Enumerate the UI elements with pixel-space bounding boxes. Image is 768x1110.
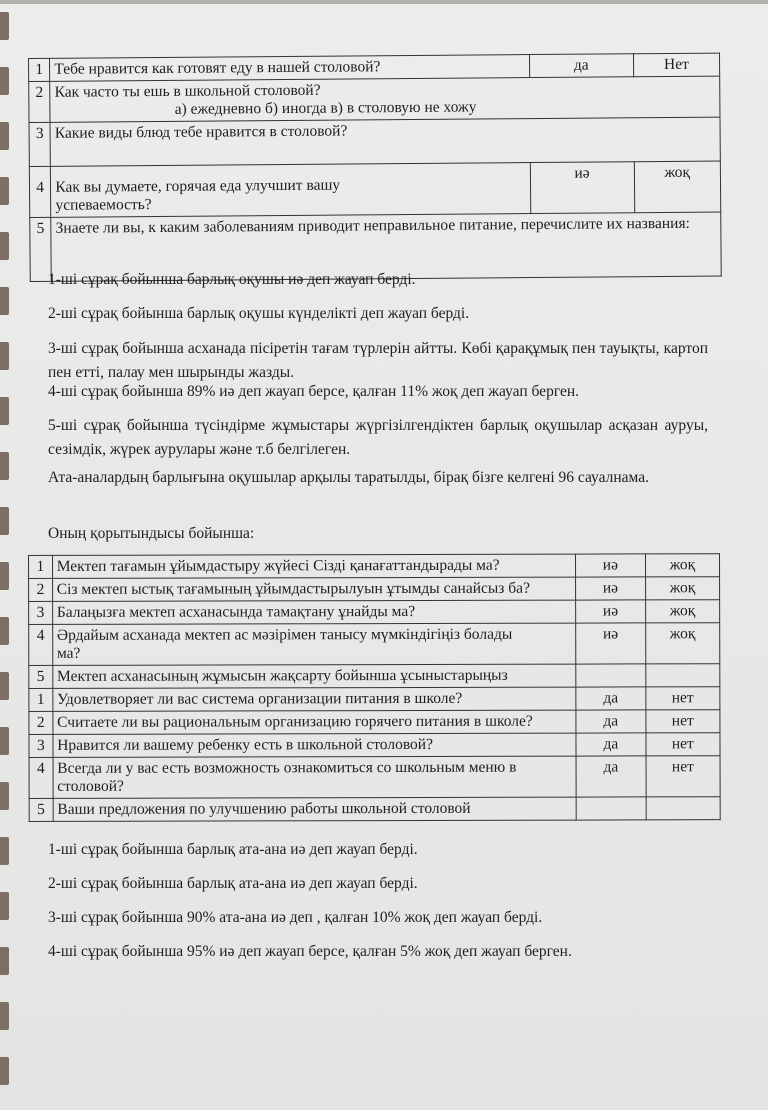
binding-hole (0, 947, 9, 975)
answer-yes-cell: иә (576, 554, 646, 577)
question-cell: Удовлетворяет ли вас система организации… (53, 687, 576, 711)
result-paragraph: 4-ші сұрақ бойынша 89% иә деп жауап берс… (48, 380, 708, 404)
row-number: 5 (29, 665, 53, 688)
question-cell: Ваши предложения по улучшению работы шко… (53, 797, 576, 821)
answer-yes-cell: иә (576, 577, 646, 600)
row-number: 2 (29, 578, 53, 601)
row-number: 1 (29, 555, 53, 578)
row-number: 4 (29, 624, 53, 665)
answer-yes-cell: да (576, 733, 646, 756)
answer-no-cell: Нет (633, 53, 720, 77)
answer-no-cell: жоқ (634, 161, 721, 213)
answer-no-cell (645, 664, 719, 687)
binding-hole (0, 672, 9, 700)
binding-hole (0, 782, 9, 810)
table-row: 2Сіз мектеп ыстық тағамының ұйымдастырыл… (29, 577, 720, 602)
answer-yes-cell (576, 664, 646, 687)
binding-hole (0, 837, 9, 865)
binding-hole (0, 397, 9, 425)
answer-no-cell: жоқ (645, 577, 719, 600)
binding-hole (0, 12, 9, 40)
result-paragraph: 5-ші сұрақ бойынша түсіндірме жұмыстары … (48, 414, 708, 462)
question-cell: Сіз мектеп ыстық тағамының ұйымдастырылу… (52, 577, 575, 601)
binding-hole (0, 177, 9, 205)
table-row: 1Удовлетворяет ли вас система организаци… (29, 687, 720, 712)
binding-hole (0, 122, 9, 150)
binding-hole (0, 232, 9, 260)
binding-hole (0, 617, 9, 645)
result-paragraph: 4-ші сұрақ бойынша 95% иә деп жауап берс… (48, 940, 708, 964)
row-number: 2 (29, 81, 51, 122)
binding-hole (0, 342, 9, 370)
row-number: 4 (29, 166, 51, 217)
student-survey-table: 1 Тебе нравится как готовят еду в нашей … (28, 53, 722, 282)
binding-hole (0, 1057, 9, 1085)
answer-yes-cell: да (576, 756, 646, 797)
result-paragraph: 3-ші сұрақ бойынша 90% ата-ана иә деп , … (48, 906, 708, 930)
binding-hole (0, 507, 9, 535)
answer-yes-cell: иә (576, 600, 646, 623)
table-row: 4 Как вы думаете, горячая еда улучшит ва… (29, 161, 720, 217)
answer-yes-cell: иә (576, 623, 646, 664)
document-page: 1 Тебе нравится как готовят еду в нашей … (0, 0, 768, 1110)
row-number: 5 (29, 798, 53, 821)
binding-hole (0, 727, 9, 755)
table-row: 3 Какие виды блюд тебе нравится в столов… (29, 117, 720, 166)
question-cell: Нравится ли вашему ребенку есть в школьн… (53, 733, 576, 757)
row-number: 4 (29, 757, 53, 798)
result-paragraph: 2-ші сұрақ бойынша барлық ата-ана иә деп… (48, 872, 708, 896)
question-cell: Какие виды блюд тебе нравится в столовой… (50, 117, 720, 166)
answer-no-cell: нет (646, 687, 720, 710)
row-number: 2 (29, 711, 53, 734)
question-cell: Как часто ты ешь в школьной столовой? а)… (50, 76, 720, 122)
question-cell: Балаңызға мектеп асханасында тамақтану ұ… (52, 600, 575, 624)
answer-yes-cell (576, 797, 646, 820)
row-number: 3 (29, 734, 53, 757)
table-row: 4Всегда ли у вас есть возможность ознако… (29, 756, 720, 799)
table-row: 1Мектеп тағамын ұйымдастыру жүйесі Сізді… (29, 554, 720, 579)
question-cell: Мектеп асханасының жұмысын жақсарту бойы… (52, 664, 575, 688)
result-paragraph: 1-ші сұрақ бойынша барлық ата-ана иә деп… (48, 838, 708, 862)
binding-holes (0, 0, 14, 1110)
answer-no-cell: жоқ (645, 600, 719, 623)
answer-no-cell (646, 797, 720, 820)
page-top-edge (0, 0, 768, 4)
section-heading: Оның қорытындысы бойынша: (48, 522, 708, 546)
row-number: 1 (29, 58, 50, 81)
binding-hole (0, 892, 9, 920)
result-paragraph: 2-ші сұрақ бойынша барлық оқушы күнделік… (48, 302, 708, 326)
answer-no-cell: жоқ (645, 554, 719, 577)
parent-survey-table: 1Мектеп тағамын ұйымдастыру жүйесі Сізді… (28, 553, 721, 822)
binding-hole (0, 287, 9, 315)
answer-no-cell: нет (646, 733, 720, 756)
answer-yes-cell: да (576, 687, 646, 710)
table-row: 5Ваши предложения по улучшению работы шк… (29, 797, 720, 822)
result-paragraph: Ата-аналардың барлығына оқушылар арқылы … (48, 466, 708, 490)
row-number: 1 (29, 688, 53, 711)
table-row: 2 Как часто ты ешь в школьной столовой? … (29, 76, 720, 122)
binding-hole (0, 452, 9, 480)
binding-hole (0, 562, 9, 590)
answer-yes-cell: да (576, 710, 646, 733)
result-paragraph: 3-ші сұрақ бойынша асханада пісіретін та… (48, 337, 708, 385)
answer-no-cell: нет (646, 756, 720, 797)
question-cell: Считаете ли вы рациональным организацию … (53, 710, 576, 734)
answer-no-cell: нет (646, 710, 720, 733)
table-row: 2Считаете ли вы рациональным организацию… (29, 710, 720, 735)
question-cell: Мектеп тағамын ұйымдастыру жүйесі Сізді … (52, 554, 575, 578)
answer-no-cell: жоқ (645, 623, 719, 664)
table-row: 4Әрдайым асханада мектеп ас мәзірімен та… (29, 623, 720, 666)
binding-hole (0, 1002, 9, 1030)
question-cell: Всегда ли у вас есть возможность ознаком… (53, 756, 576, 798)
answer-yes-cell: иә (530, 162, 634, 214)
question-cell: Әрдайым асханада мектеп ас мәзірімен тан… (52, 623, 575, 665)
row-number: 3 (29, 122, 51, 166)
answer-yes-cell: да (529, 54, 633, 78)
row-number: 3 (29, 601, 53, 624)
table-row: 3Нравится ли вашему ребенку есть в школь… (29, 733, 720, 758)
table-row: 5Мектеп асханасының жұмысын жақсарту бой… (29, 664, 720, 689)
table-row: 3Балаңызға мектеп асханасында тамақтану … (29, 600, 720, 625)
binding-hole (0, 67, 9, 95)
question-cell: Как вы думаете, горячая еда улучшит вашу… (51, 163, 531, 218)
result-paragraph: 1-ші сұрақ бойынша барлық оқушы иә деп ж… (48, 268, 708, 292)
